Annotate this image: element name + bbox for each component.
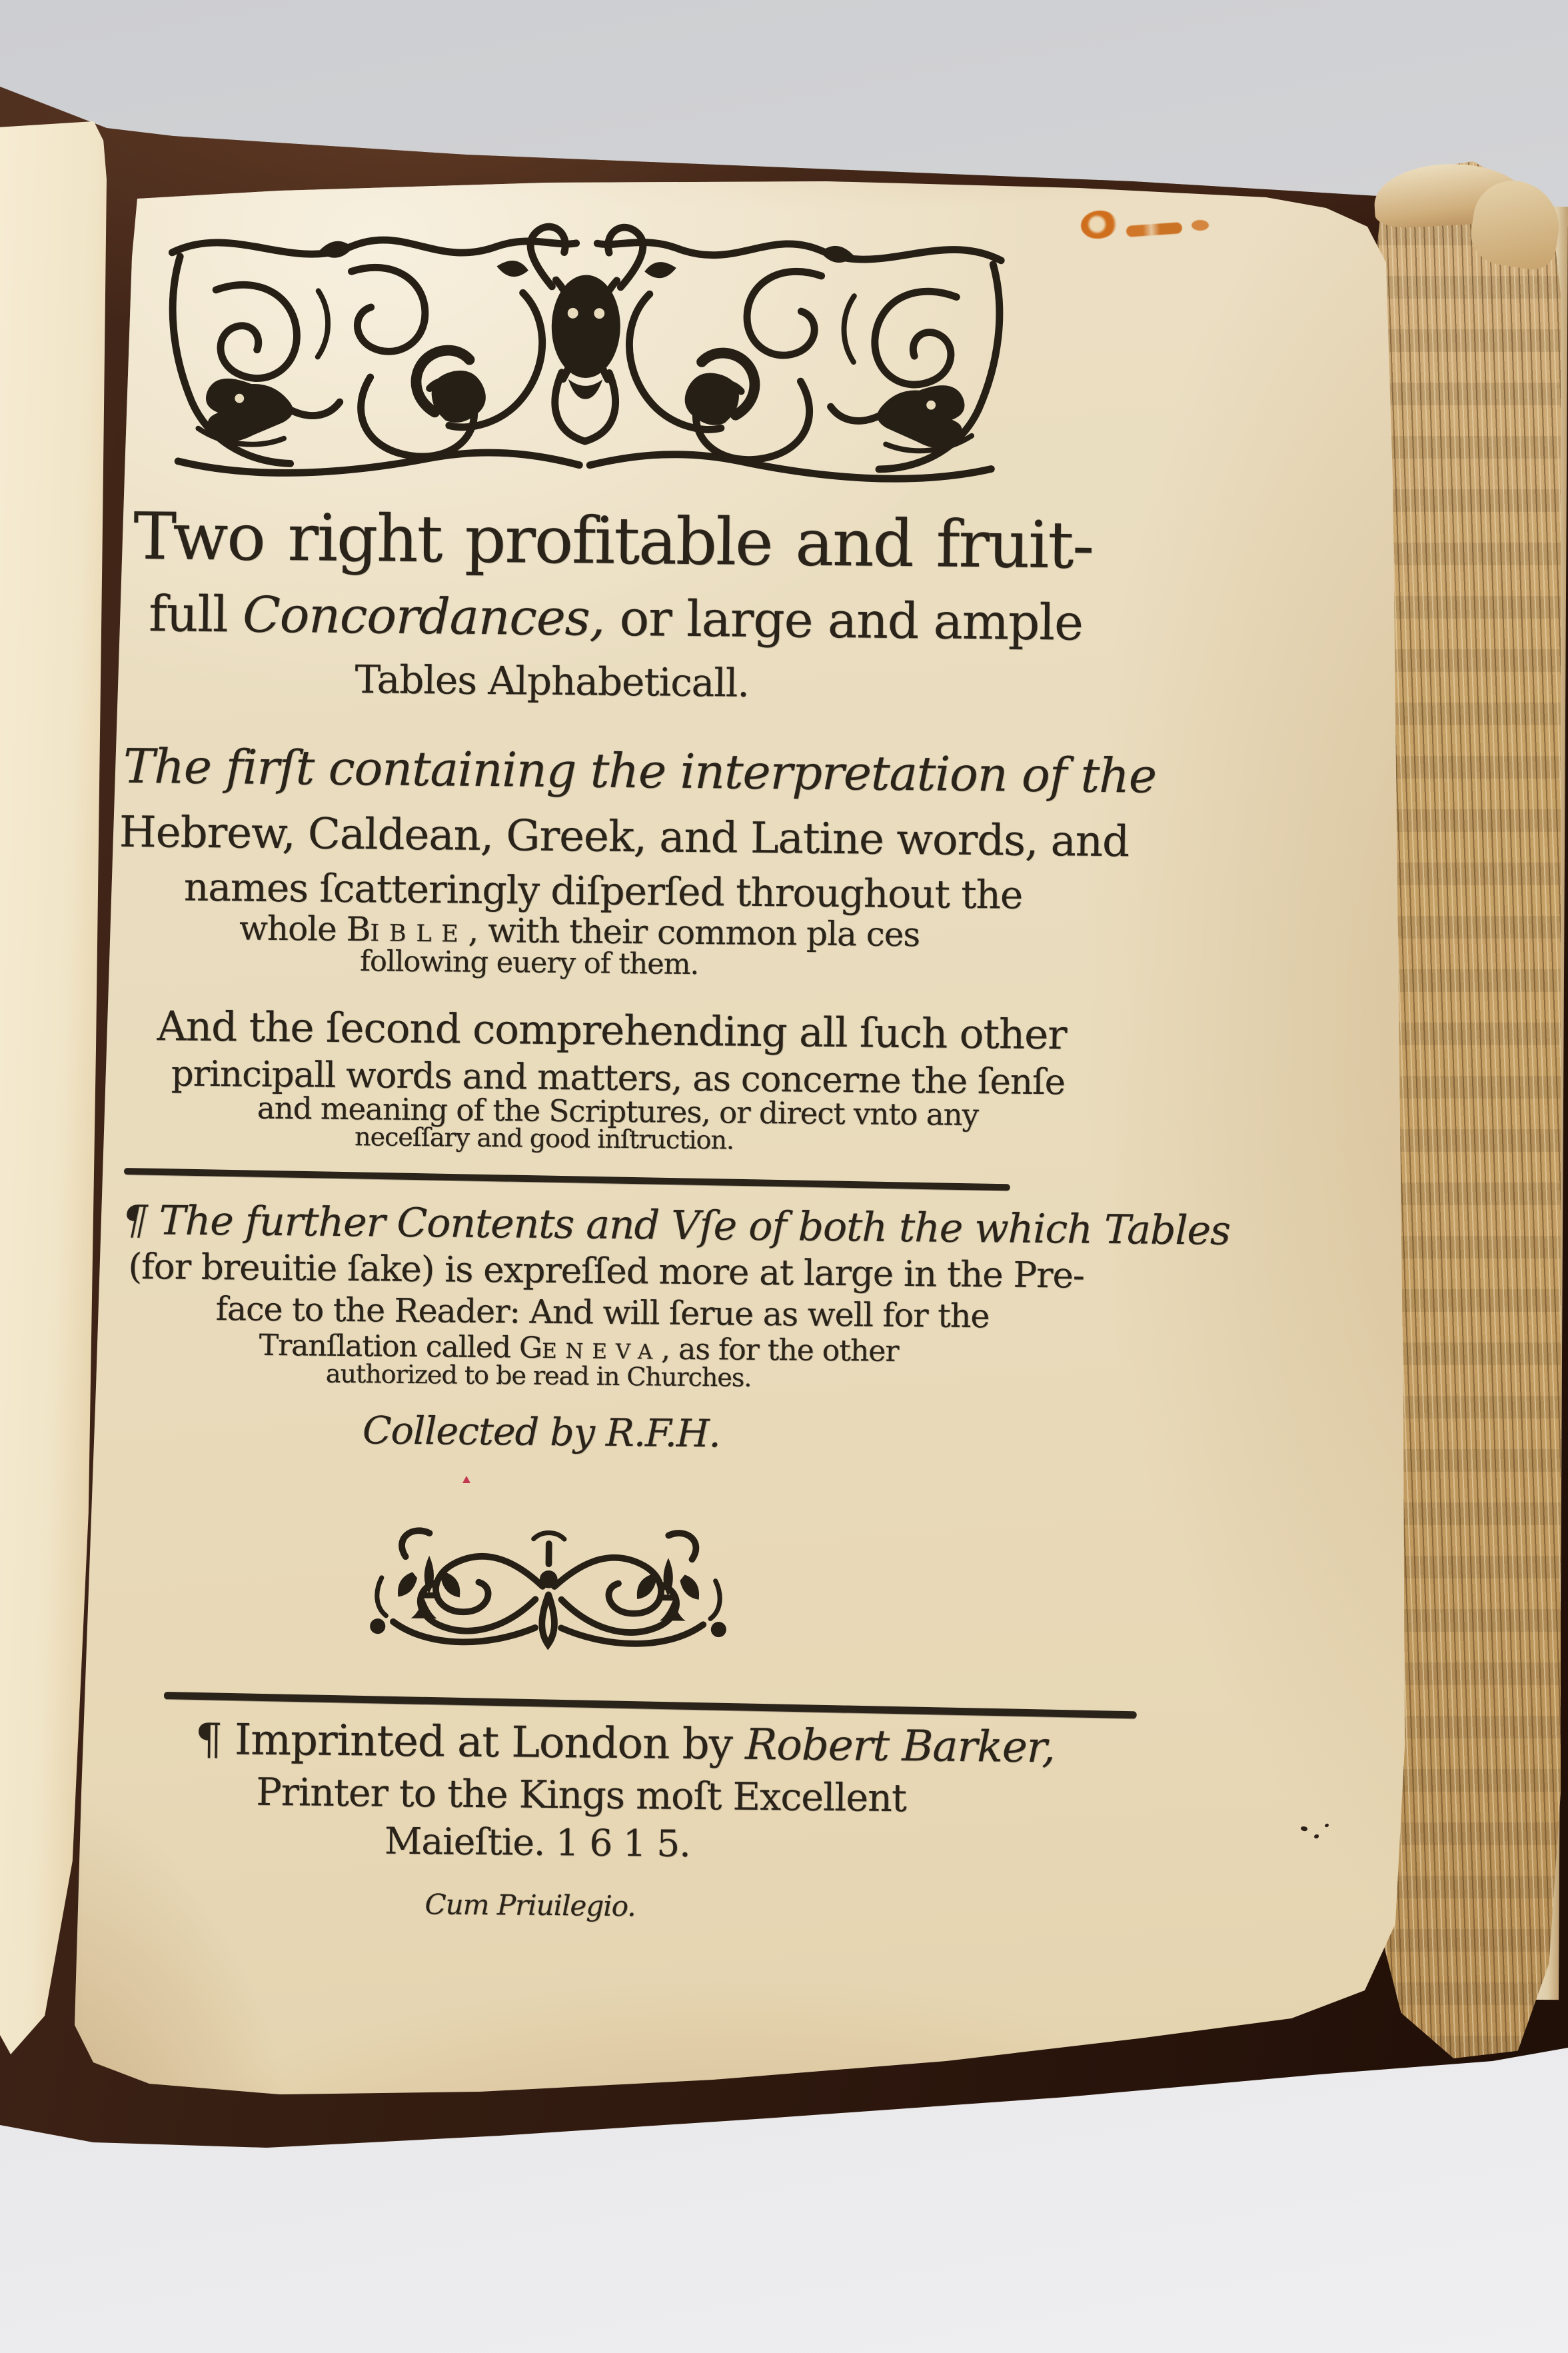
title-line-2-end: or large and ample [604,590,1083,652]
rust-stain [1191,220,1209,231]
imprint-line-2: Printer to the Kings moſt Excellent [83,1769,1080,1822]
privilege-line: Cum Priuilegio. [32,1885,1028,1927]
further-contents-line-4-caps: ENEVA [542,1339,661,1364]
first-table-line-4-start: whole B [239,909,371,949]
imprint-line-1: ¶ Imprinted at London by Robert Barker, [127,1715,1124,1774]
first-table-line-4-caps: IBLE [370,920,468,947]
further-contents-line-1: ¶ The further Contents and Vſe of both t… [122,1198,1118,1253]
first-table-heading: The firſt containing the interpretation … [123,739,1120,803]
photographed-book-title-page: Two right profitable and fruit- full Con… [0,0,1568,2353]
title-line-1: Two right profitable and fruit- [115,499,1112,583]
imprint-line-1-italic: Robert Barker, [745,1720,1055,1772]
further-contents-line-2: (for breuitie ſake) is expreſſed more at… [108,1247,1104,1297]
title-line-2-start: full [149,585,243,643]
headpiece-woodcut [147,210,1024,493]
title-line-2-italic: Concordances, [243,586,605,647]
printed-text-block: Two right profitable and fruit- full Con… [108,0,1126,2353]
tailpiece-woodcut [357,1505,740,1667]
imprint-line-3: Maieſtie. 1 6 1 5. [39,1817,1036,1869]
second-table-line-1: And the ſecond comprehending all ſuch ot… [114,1003,1110,1059]
title-line-2: full Concordances, or large and ample [118,586,1114,652]
central-mask [528,227,643,442]
collected-by-line: Collected by R.F.H. [43,1406,1040,1460]
title-line-3: Tables Alphabeticall. [54,655,1050,709]
first-table-line-2: Hebrew, Caldean, Greek, and Latine words… [119,809,1116,867]
imprint-line-1-start: ¶ Imprinted at London by [195,1715,746,1770]
